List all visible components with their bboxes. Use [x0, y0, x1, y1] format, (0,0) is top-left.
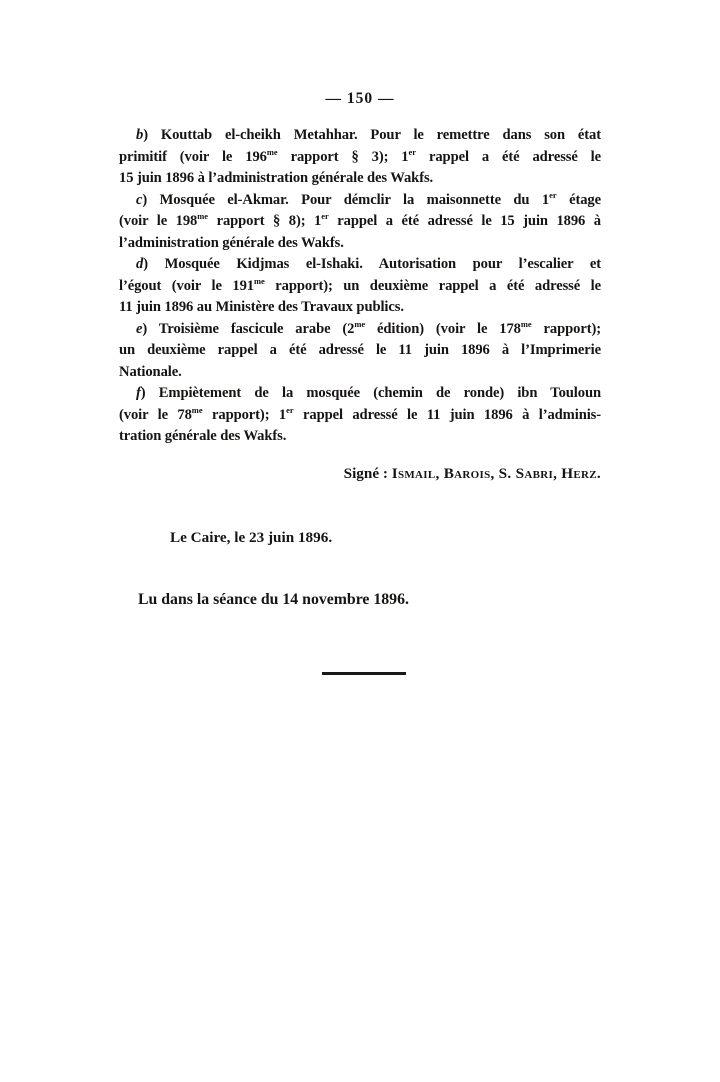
document-page: — 150 — b) Kouttab el-cheikh Metahhar. P…: [0, 0, 720, 1082]
paragraph-line: l’égout (voir le 191me rapport); un deux…: [119, 276, 601, 298]
signature-prefix: Signé :: [344, 465, 388, 482]
dateline: Le Caire, le 23 juin 1896.: [119, 527, 601, 548]
paragraph-line: l’administration générale des Wakfs.: [119, 233, 601, 255]
paragraph-d: d) Mosquée Kidjmas el-Ishaki. Autorisati…: [119, 254, 601, 319]
paragraph-line: un deuxième rappel a été adressé le 11 j…: [119, 340, 601, 362]
paragraph-b: b) Kouttab el-cheikh Metahhar. Pour le r…: [119, 125, 601, 190]
paragraph-line: 15 juin 1896 à l’administration générale…: [119, 168, 601, 190]
paragraph-line: 11 juin 1896 au Ministère des Travaux pu…: [119, 297, 601, 319]
paragraph-line: f) Empiètement de la mosquée (chemin de …: [119, 383, 601, 405]
reading-note: Lu dans la séance du 14 novembre 1896.: [119, 589, 601, 610]
paragraph-line: c) Mosquée el-Akmar. Pour démclir la mai…: [119, 190, 601, 212]
page-number-header: — 150 —: [119, 88, 601, 109]
signature-line: Signé : Ismail, Barois, S. Sabri, Herz.: [119, 463, 601, 484]
paragraph-line: tration générale des Wakfs.: [119, 426, 601, 448]
text-block: — 150 — b) Kouttab el-cheikh Metahhar. P…: [119, 88, 601, 675]
paragraph-line: d) Mosquée Kidjmas el-Ishaki. Autorisati…: [119, 254, 601, 276]
paragraph-e: e) Troisième fascicule arabe (2me éditio…: [119, 319, 601, 384]
paragraph-f: f) Empiètement de la mosquée (chemin de …: [119, 383, 601, 448]
signature-names: Ismail, Barois, S. Sabri, Herz.: [392, 465, 601, 482]
paragraph-line: Nationale.: [119, 362, 601, 384]
section-end-rule: [322, 672, 406, 675]
paragraph-line: e) Troisième fascicule arabe (2me éditio…: [119, 319, 601, 341]
paragraph-line: (voir le 78me rapport); 1er rappel adres…: [119, 405, 601, 427]
paragraph-line: b) Kouttab el-cheikh Metahhar. Pour le r…: [119, 125, 601, 147]
paragraph-c: c) Mosquée el-Akmar. Pour démclir la mai…: [119, 190, 601, 255]
paragraph-line: (voir le 198me rapport § 8); 1er rappel …: [119, 211, 601, 233]
paragraph-line: primitif (voir le 196me rapport § 3); 1e…: [119, 147, 601, 169]
